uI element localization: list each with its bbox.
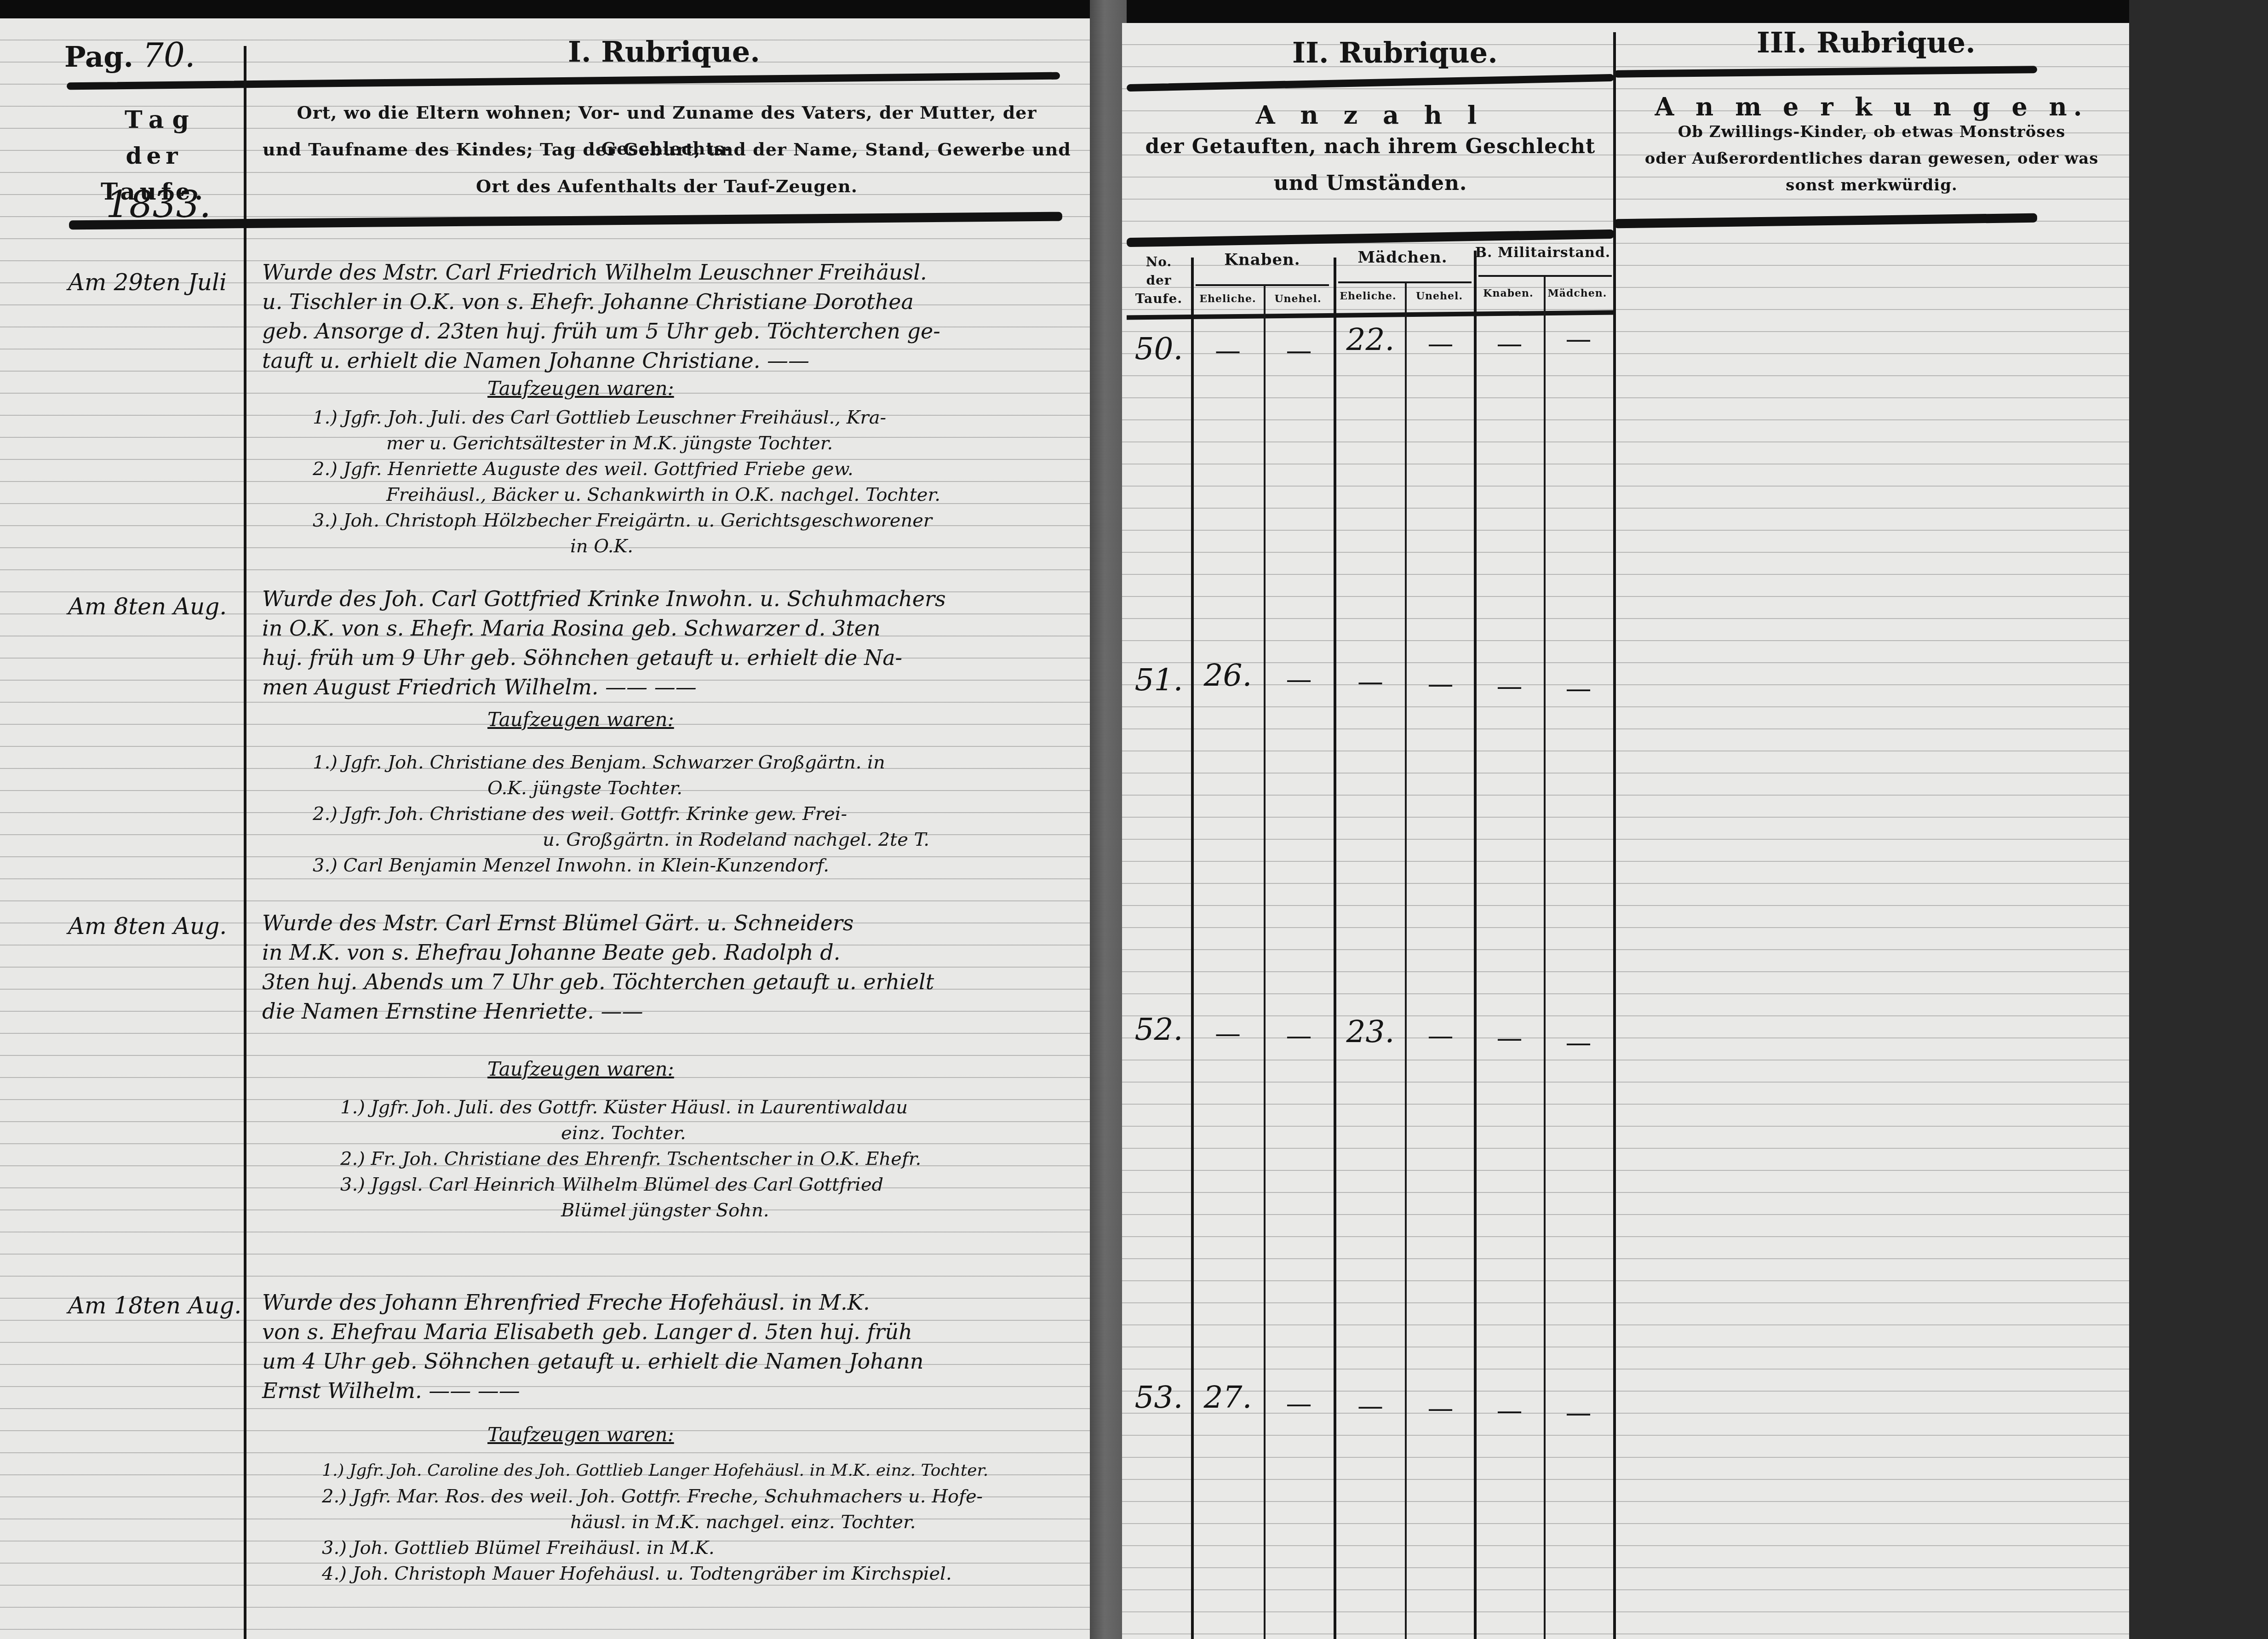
knaben-subrule [1196,284,1329,286]
entry-2-date: Am 8ten Aug. [68,593,227,620]
entry-2-maedchen-unehel: — [1407,669,1474,699]
entry-2-witness-3: 3.) Carl Benjamin Menzel Inwohn. in Klei… [313,853,929,878]
col-knaben-unehel: Unehel. [1265,290,1331,308]
col-no-header: No. der Taufe. [1127,253,1191,308]
anzahl-subheading-1: der Getauften, nach ihrem Geschlecht [1131,129,1609,165]
entry-4-knaben-ehel: 27. [1193,1380,1262,1415]
entry-3-maedchen-ehel: 23. [1336,1014,1405,1049]
entry-4-mil-maedchen: — [1545,1398,1612,1428]
entry-1-knaben-unehel: — [1266,336,1332,366]
entry-1-witness-2b: Freihäusl., Bäcker u. Schankwirth in O.K… [313,482,940,508]
entry-1-mil-maedchen: — [1545,324,1612,354]
entry-4-line-4: Ernst Wilhelm. —— —— [262,1376,923,1405]
entry-4-line-3: um 4 Uhr geb. Söhnchen getauft u. erhiel… [262,1347,923,1376]
entry-1-mil-knaben: — [1476,329,1543,359]
entry-2-maedchen-ehel: — [1336,667,1405,697]
entry-3-witness-3: 3.) Jggsl. Carl Heinrich Wilhelm Blümel … [340,1172,921,1198]
entry-3-witness-2: 2.) Fr. Joh. Christiane des Ehrenfr. Tsc… [340,1146,921,1172]
grid-col-3 [1334,258,1336,1639]
page-label: Pag. [64,40,133,74]
col-knaben-header: Knaben. [1193,251,1331,269]
entry-3-line-2: in M.K. von s. Ehefrau Johanne Beate geb… [262,938,934,967]
entry-4-record: Wurde des Johann Ehrenfried Freche Hofeh… [262,1288,923,1405]
col-mil-knaben: Knaben. [1474,284,1543,303]
anmerkungen-sub-2: oder Außerordentliches daran gewesen, od… [1628,145,2115,172]
section-2-title: II. Rubrique. [1292,36,1498,69]
entry-1-line-4: tauft u. erhielt die Namen Johanne Chris… [262,346,940,375]
anmerkungen-sub-3: sonst merkwürdig. [1628,172,2115,199]
entry-1-date: Am 29ten Juli [68,269,227,296]
entry-2-no: 51. [1129,662,1189,698]
entry-3-line-1: Wurde des Mstr. Carl Ernst Blümel Gärt. … [262,908,934,938]
entry-2-witness-heading: Taufzeugen waren: [487,708,674,731]
entry-1-line-2: u. Tischler in O.K. von s. Ehefr. Johann… [262,287,940,316]
entry-3-witnesses: 1.) Jgfr. Joh. Juli. des Gottfr. Küster … [340,1095,921,1223]
col-maedchen-header: Mädchen. [1334,248,1472,267]
entry-4-knaben-unehel: — [1266,1389,1332,1419]
entry-4-date: Am 18ten Aug. [68,1292,241,1319]
entry-4-maedchen-ehel: — [1336,1391,1405,1421]
grid-col-4 [1405,283,1407,1639]
entry-4-line-2: von s. Ehefrau Maria Elisabeth geb. Lang… [262,1317,923,1347]
entry-2-witness-2: 2.) Jgfr. Joh. Christiane des weil. Gott… [313,801,929,827]
entry-3-date: Am 8ten Aug. [68,913,227,940]
entry-3-line-3: 3ten huj. Abends um 7 Uhr geb. Töchterch… [262,967,934,997]
entry-3-mil-maedchen: — [1545,1028,1612,1058]
entry-2-witness-2b: u. Großgärtn. in Rodeland nachgel. 2te T… [313,827,929,853]
entry-4-witness-4: 4.) Joh. Christoph Mauer Hofehäusl. u. T… [322,1561,988,1587]
entry-2-line-2: in O.K. von s. Ehefr. Maria Rosina geb. … [262,613,946,643]
grid-col-5 [1474,251,1477,1639]
col-mil-maedchen: Mädchen. [1543,284,1612,303]
entry-3-record: Wurde des Mstr. Carl Ernst Blümel Gärt. … [262,908,934,1026]
entry-2-witness-1: 1.) Jgfr. Joh. Christiane des Benjam. Sc… [313,750,929,775]
entry-1-witness-1: 1.) Jgfr. Joh. Juli. des Carl Gottlieb L… [313,405,940,430]
entry-2-mil-maedchen: — [1545,674,1612,704]
entry-2-witness-1b: O.K. jüngste Tochter. [313,775,929,801]
col-knaben-eheliche: Eheliche. [1193,290,1262,308]
anzahl-subheading-2: und Umständen. [1131,166,1609,201]
page-number-label: Pag.70. [64,36,195,74]
grid-col-2 [1264,285,1266,1639]
entry-3-witness-heading: Taufzeugen waren: [487,1058,674,1080]
entry-2-knaben-unehel: — [1266,665,1332,694]
entry-1-maedchen-ehel: 22. [1336,322,1405,357]
section-3-title: III. Rubrique. [1757,26,1976,59]
entry-4-maedchen-unehel: — [1407,1393,1474,1423]
entry-1-witness-1b: mer u. Gerichtsältester in M.K. jüngste … [313,430,940,456]
scan-right-edge [2129,0,2268,1639]
main-header-line2: und Taufname des Kindes; Tag der Geburt,… [262,132,1071,167]
main-header-line3: Ort des Aufenthalts der Tauf-Zeugen. [262,168,1071,204]
remarks-column [1616,239,2122,1637]
entry-2-line-1: Wurde des Joh. Carl Gottfried Krinke Inw… [262,584,946,613]
entry-3-knaben-unehel: — [1266,1021,1332,1051]
book-gutter [1090,0,1127,1639]
entry-1-witness-3b: in O.K. [313,533,940,559]
date-header-line1: Tag [101,102,221,138]
entry-2-mil-knaben: — [1476,671,1543,701]
section-1-title: I. Rubrique. [568,35,760,69]
entry-2-line-4: men August Friedrich Wilhelm. —— —— [262,672,946,702]
entry-1-maedchen-unehel: — [1407,329,1474,359]
entry-1-knaben-ehel: — [1193,336,1262,366]
col-maedchen-eheliche: Eheliche. [1334,287,1403,305]
entry-3-witness-1: 1.) Jgfr. Joh. Juli. des Gottfr. Küster … [340,1095,921,1120]
entry-4-line-1: Wurde des Johann Ehrenfried Freche Hofeh… [262,1288,923,1317]
date-column-divider [244,46,246,1639]
grid-col-1 [1191,258,1194,1639]
entry-4-witness-2b: häusl. in M.K. nachgel. einz. Tochter. [322,1509,988,1535]
entry-4-witnesses: 1.) Jgfr. Joh. Caroline des Joh. Gottlie… [322,1458,988,1587]
col-no-line3: Taufe. [1127,290,1191,308]
entry-4-witness-3: 3.) Joh. Gottlieb Blümel Freihäusl. in M… [322,1535,988,1561]
section-3-divider [1613,32,1616,1639]
entry-1-record: Wurde des Mstr. Carl Friedrich Wilhelm L… [262,258,940,375]
entry-3-maedchen-unehel: — [1407,1021,1474,1051]
entry-2-record: Wurde des Joh. Carl Gottfried Krinke Inw… [262,584,946,702]
entry-3-witness-3b: Blümel jüngster Sohn. [340,1198,921,1223]
entry-3-witness-1b: einz. Tochter. [340,1120,921,1146]
entry-3-no: 52. [1129,1012,1189,1047]
entry-3-mil-knaben: — [1476,1023,1543,1053]
scan-top-edge [0,0,2268,18]
anzahl-heading: A n z a h l [1131,97,1609,133]
page-number: 70. [143,36,195,74]
entry-4-mil-knaben: — [1476,1396,1543,1426]
entry-1-witness-heading: Taufzeugen waren: [487,377,674,400]
entry-2-line-3: huj. früh um 9 Uhr geb. Söhnchen getauft… [262,643,946,672]
entry-1-line-3: geb. Ansorge d. 23ten huj. früh um 5 Uhr… [262,316,940,346]
entry-1-no: 50. [1129,331,1189,367]
entry-1-witness-2: 2.) Jgfr. Henriette Auguste des weil. Go… [313,456,940,482]
entry-1-witnesses: 1.) Jgfr. Joh. Juli. des Carl Gottlieb L… [313,405,940,559]
anmerkungen-sub-1: Ob Zwillings-Kinder, ob etwas Monströses [1628,119,2115,145]
col-militair-header: B. Militairstand. [1474,244,1612,262]
entry-2-witnesses: 1.) Jgfr. Joh. Christiane des Benjam. Sc… [313,750,929,878]
col-no-line2: der [1127,271,1191,290]
grid-col-6 [1544,276,1546,1639]
entry-4-witness-heading: Taufzeugen waren: [487,1423,674,1446]
col-no-line1: No. [1127,253,1191,271]
entry-2-knaben-ehel: 26. [1193,658,1262,693]
entry-1-witness-3: 3.) Joh. Christoph Hölzbecher Freigärtn.… [313,508,940,533]
entry-1-line-1: Wurde des Mstr. Carl Friedrich Wilhelm L… [262,258,940,287]
entry-3-line-4: die Namen Ernstine Henriette. —— [262,997,934,1026]
col-maedchen-unehel: Unehel. [1405,287,1474,305]
entry-4-witness-2: 2.) Jgfr. Mar. Ros. des weil. Joh. Gottf… [322,1484,988,1509]
entry-4-witness-1: 1.) Jgfr. Joh. Caroline des Joh. Gottlie… [322,1458,988,1484]
entry-3-knaben-ehel: — [1193,1019,1262,1049]
entry-4-no: 53. [1129,1380,1189,1415]
